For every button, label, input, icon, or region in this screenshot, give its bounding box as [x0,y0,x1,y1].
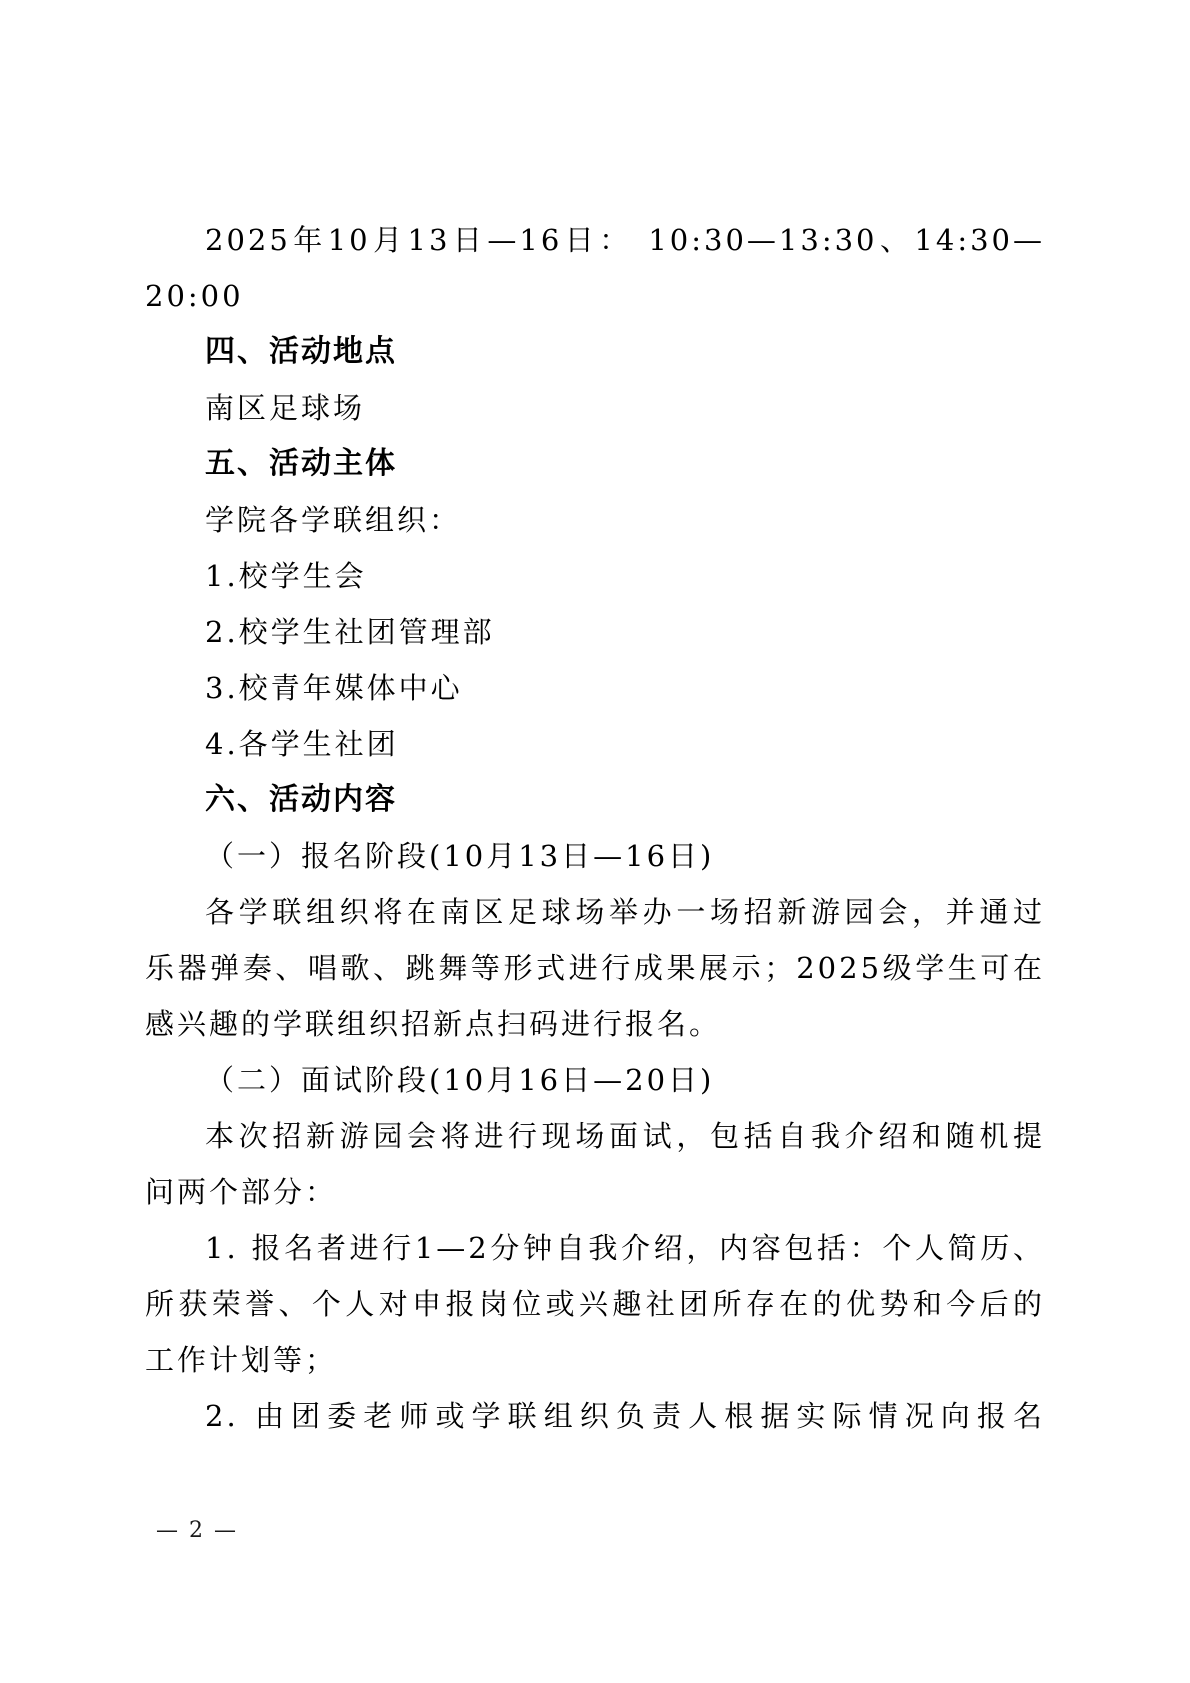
line-location: 南区足球场 [145,380,1045,436]
line-schedule-time-cont: 20:00 [145,268,1045,324]
line-stage-1-p1: 各学联组织将在南区足球场举办一场招新游园会，并通过 [145,884,1045,940]
line-org-item-2: 2.校学生社团管理部 [145,604,1045,660]
line-org-item-3: 3.校青年媒体中心 [145,660,1045,716]
line-org-intro: 学院各学联组织： [145,492,1045,548]
subheading-stage-1: （一）报名阶段(10月13日—16日) [145,828,1045,884]
heading-section-6: 六、活动内容 [145,772,1045,828]
line-interview-item-2a: 2. 由团委老师或学联组织负责人根据实际情况向报名 [145,1388,1045,1444]
line-stage-2-p1: 本次招新游园会将进行现场面试，包括自我介绍和随机提 [145,1108,1045,1164]
heading-section-4: 四、活动地点 [145,324,1045,380]
line-stage-1-p3: 感兴趣的学联组织招新点扫码进行报名。 [145,996,1045,1052]
line-stage-1-p2: 乐器弹奏、唱歌、跳舞等形式进行成果展示；2025级学生可在 [145,940,1045,996]
line-interview-item-1b: 所获荣誉、个人对申报岗位或兴趣社团所存在的优势和今后的 [145,1276,1045,1332]
line-schedule-time: 2025年10月13日—16日： 10:30—13:30、14:30— [145,212,1045,268]
document-page: 2025年10月13日—16日： 10:30—13:30、14:30—20:00… [0,0,1190,1683]
line-org-item-1: 1.校学生会 [145,548,1045,604]
line-interview-item-1c: 工作计划等； [145,1332,1045,1388]
page-number: — 2 — [156,1517,238,1545]
subheading-stage-2: （二）面试阶段(10月16日—20日) [145,1052,1045,1108]
line-stage-2-p2: 问两个部分： [145,1164,1045,1220]
document-content: 2025年10月13日—16日： 10:30—13:30、14:30—20:00… [145,212,1045,1444]
heading-section-5: 五、活动主体 [145,436,1045,492]
line-interview-item-1a: 1. 报名者进行1—2分钟自我介绍，内容包括：个人简历、 [145,1220,1045,1276]
line-org-item-4: 4.各学生社团 [145,716,1045,772]
